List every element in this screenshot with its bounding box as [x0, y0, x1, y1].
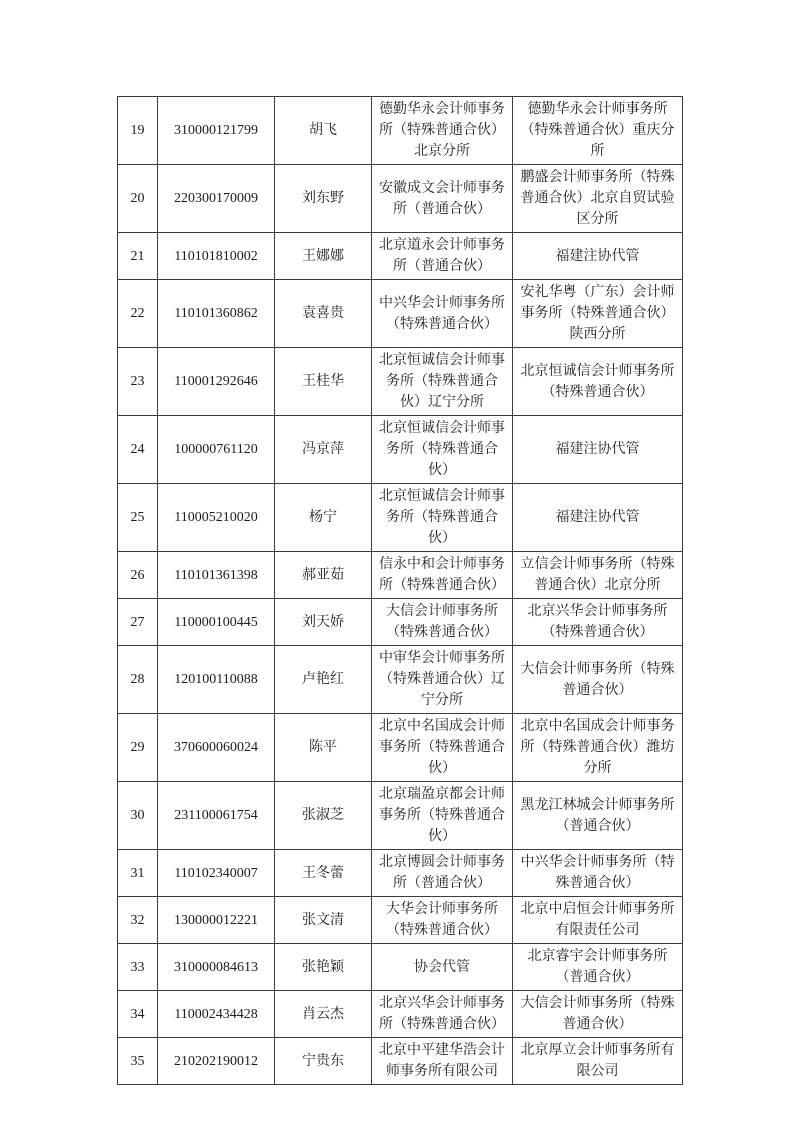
cell-person-name: 张艳颖: [275, 944, 372, 991]
cell-row-number: 19: [118, 97, 158, 165]
cell-person-name: 刘东野: [275, 165, 372, 233]
cell-person-name: 王桂华: [275, 348, 372, 416]
cell-row-number: 35: [118, 1038, 158, 1085]
cell-certificate-number: 130000012221: [158, 897, 275, 944]
cell-firm-column-a: 北京博圆会计师事务所（普通合伙）: [372, 850, 513, 897]
cell-firm-column-b: 安礼华粤（广东）会计师事务所（特殊普通合伙）陕西分所: [513, 280, 683, 348]
table-row: 33310000084613张艳颖协会代管北京睿宇会计师事务所（普通合伙）: [118, 944, 683, 991]
table-row: 22110101360862袁喜贵中兴华会计师事务所（特殊普通合伙）安礼华粤（广…: [118, 280, 683, 348]
cell-firm-column-a: 北京中平建华浩会计师事务所有限公司: [372, 1038, 513, 1085]
cell-certificate-number: 110101361398: [158, 552, 275, 599]
cell-firm-column-b: 黑龙江林城会计师事务所（普通合伙）: [513, 782, 683, 850]
cell-person-name: 胡飞: [275, 97, 372, 165]
cell-certificate-number: 120100110088: [158, 646, 275, 714]
cell-person-name: 宁贵东: [275, 1038, 372, 1085]
cell-person-name: 肖云杰: [275, 991, 372, 1038]
cell-person-name: 陈平: [275, 714, 372, 782]
cell-row-number: 30: [118, 782, 158, 850]
table-row: 27110000100445刘天娇大信会计师事务所（特殊普通合伙）北京兴华会计师…: [118, 599, 683, 646]
cell-firm-column-a: 大华会计师事务所（特殊普通合伙）: [372, 897, 513, 944]
cell-row-number: 20: [118, 165, 158, 233]
table-row: 20220300170009刘东野安徽成文会计师事务所（普通合伙）鹏盛会计师事务…: [118, 165, 683, 233]
cell-firm-column-a: 北京道永会计师事务所（普通合伙）: [372, 233, 513, 280]
cell-firm-column-a: 信永中和会计师事务所（特殊普通合伙）: [372, 552, 513, 599]
table-row: 31110102340007王冬蕾北京博圆会计师事务所（普通合伙）中兴华会计师事…: [118, 850, 683, 897]
cell-firm-column-a: 北京恒诚信会计师事务所（特殊普通合伙）: [372, 484, 513, 552]
table-row: 35210202190012宁贵东北京中平建华浩会计师事务所有限公司北京厚立会计…: [118, 1038, 683, 1085]
cell-firm-column-a: 北京瑞盈京都会计师事务所（特殊普通合伙）: [372, 782, 513, 850]
table-row: 26110101361398郝亚茹信永中和会计师事务所（特殊普通合伙）立信会计师…: [118, 552, 683, 599]
cell-firm-column-a: 大信会计师事务所（特殊普通合伙）: [372, 599, 513, 646]
cell-row-number: 27: [118, 599, 158, 646]
cell-person-name: 王娜娜: [275, 233, 372, 280]
cell-person-name: 刘天娇: [275, 599, 372, 646]
cell-person-name: 杨宁: [275, 484, 372, 552]
cell-firm-column-a: 北京兴华会计师事务所（特殊普通合伙）: [372, 991, 513, 1038]
cell-row-number: 25: [118, 484, 158, 552]
cell-firm-column-b: 福建注协代管: [513, 233, 683, 280]
cell-certificate-number: 110101810002: [158, 233, 275, 280]
cell-certificate-number: 110101360862: [158, 280, 275, 348]
cell-firm-column-a: 北京恒诚信会计师事务所（特殊普通合伙）: [372, 416, 513, 484]
cell-certificate-number: 310000121799: [158, 97, 275, 165]
table-row: 21110101810002王娜娜北京道永会计师事务所（普通合伙）福建注协代管: [118, 233, 683, 280]
cell-row-number: 28: [118, 646, 158, 714]
cell-row-number: 22: [118, 280, 158, 348]
cell-firm-column-b: 北京厚立会计师事务所有限公司: [513, 1038, 683, 1085]
cell-person-name: 张文清: [275, 897, 372, 944]
cell-firm-column-a: 北京中名国成会计师事务所（特殊普通合伙）: [372, 714, 513, 782]
cell-row-number: 24: [118, 416, 158, 484]
cell-row-number: 31: [118, 850, 158, 897]
cell-person-name: 王冬蕾: [275, 850, 372, 897]
cell-firm-column-a: 协会代管: [372, 944, 513, 991]
cell-firm-column-a: 中审华会计师事务所（特殊普通合伙）辽宁分所: [372, 646, 513, 714]
cell-firm-column-a: 德勤华永会计师事务所（特殊普通合伙）北京分所: [372, 97, 513, 165]
cell-firm-column-b: 北京中启恒会计师事务所有限责任公司: [513, 897, 683, 944]
table-row: 29370600060024陈平北京中名国成会计师事务所（特殊普通合伙）北京中名…: [118, 714, 683, 782]
table-row: 23110001292646王桂华北京恒诚信会计师事务所（特殊普通合伙）辽宁分所…: [118, 348, 683, 416]
cell-firm-column-b: 中兴华会计师事务所（特殊普通合伙）: [513, 850, 683, 897]
cell-person-name: 卢艳红: [275, 646, 372, 714]
document-page: 19310000121799胡飞德勤华永会计师事务所（特殊普通合伙）北京分所德勤…: [0, 0, 800, 1130]
cell-firm-column-b: 北京兴华会计师事务所（特殊普通合伙）: [513, 599, 683, 646]
cell-firm-column-a: 安徽成文会计师事务所（普通合伙）: [372, 165, 513, 233]
cell-firm-column-b: 北京恒诚信会计师事务所（特殊普通合伙）: [513, 348, 683, 416]
cell-person-name: 张淑芝: [275, 782, 372, 850]
cell-row-number: 32: [118, 897, 158, 944]
cell-person-name: 郝亚茹: [275, 552, 372, 599]
cell-firm-column-b: 福建注协代管: [513, 484, 683, 552]
cell-certificate-number: 110005210020: [158, 484, 275, 552]
table-row: 32130000012221张文清大华会计师事务所（特殊普通合伙）北京中启恒会计…: [118, 897, 683, 944]
cell-firm-column-b: 北京睿宇会计师事务所（普通合伙）: [513, 944, 683, 991]
cell-row-number: 29: [118, 714, 158, 782]
cell-certificate-number: 220300170009: [158, 165, 275, 233]
cell-firm-column-a: 中兴华会计师事务所（特殊普通合伙）: [372, 280, 513, 348]
cell-certificate-number: 110002434428: [158, 991, 275, 1038]
cell-person-name: 袁喜贵: [275, 280, 372, 348]
cell-firm-column-a: 北京恒诚信会计师事务所（特殊普通合伙）辽宁分所: [372, 348, 513, 416]
cell-certificate-number: 370600060024: [158, 714, 275, 782]
registry-table-body: 19310000121799胡飞德勤华永会计师事务所（特殊普通合伙）北京分所德勤…: [118, 97, 683, 1085]
cell-row-number: 34: [118, 991, 158, 1038]
cell-firm-column-b: 鹏盛会计师事务所（特殊普通合伙）北京自贸试验区分所: [513, 165, 683, 233]
cell-certificate-number: 110001292646: [158, 348, 275, 416]
cell-row-number: 21: [118, 233, 158, 280]
cell-firm-column-b: 北京中名国成会计师事务所（特殊普通合伙）潍坊分所: [513, 714, 683, 782]
registry-table: 19310000121799胡飞德勤华永会计师事务所（特殊普通合伙）北京分所德勤…: [117, 96, 683, 1085]
cell-row-number: 23: [118, 348, 158, 416]
cell-certificate-number: 110102340007: [158, 850, 275, 897]
cell-firm-column-b: 立信会计师事务所（特殊普通合伙）北京分所: [513, 552, 683, 599]
cell-firm-column-b: 大信会计师事务所（特殊普通合伙）: [513, 991, 683, 1038]
cell-certificate-number: 310000084613: [158, 944, 275, 991]
cell-certificate-number: 110000100445: [158, 599, 275, 646]
cell-certificate-number: 100000761120: [158, 416, 275, 484]
table-row: 28120100110088卢艳红中审华会计师事务所（特殊普通合伙）辽宁分所大信…: [118, 646, 683, 714]
table-row: 30231100061754张淑芝北京瑞盈京都会计师事务所（特殊普通合伙）黑龙江…: [118, 782, 683, 850]
cell-certificate-number: 231100061754: [158, 782, 275, 850]
cell-firm-column-b: 福建注协代管: [513, 416, 683, 484]
cell-row-number: 26: [118, 552, 158, 599]
cell-row-number: 33: [118, 944, 158, 991]
table-row: 34110002434428肖云杰北京兴华会计师事务所（特殊普通合伙）大信会计师…: [118, 991, 683, 1038]
table-row: 24100000761120冯京萍北京恒诚信会计师事务所（特殊普通合伙）福建注协…: [118, 416, 683, 484]
table-row: 19310000121799胡飞德勤华永会计师事务所（特殊普通合伙）北京分所德勤…: [118, 97, 683, 165]
cell-firm-column-b: 德勤华永会计师事务所（特殊普通合伙）重庆分所: [513, 97, 683, 165]
table-row: 25110005210020杨宁北京恒诚信会计师事务所（特殊普通合伙）福建注协代…: [118, 484, 683, 552]
cell-certificate-number: 210202190012: [158, 1038, 275, 1085]
cell-firm-column-b: 大信会计师事务所（特殊普通合伙）: [513, 646, 683, 714]
cell-person-name: 冯京萍: [275, 416, 372, 484]
